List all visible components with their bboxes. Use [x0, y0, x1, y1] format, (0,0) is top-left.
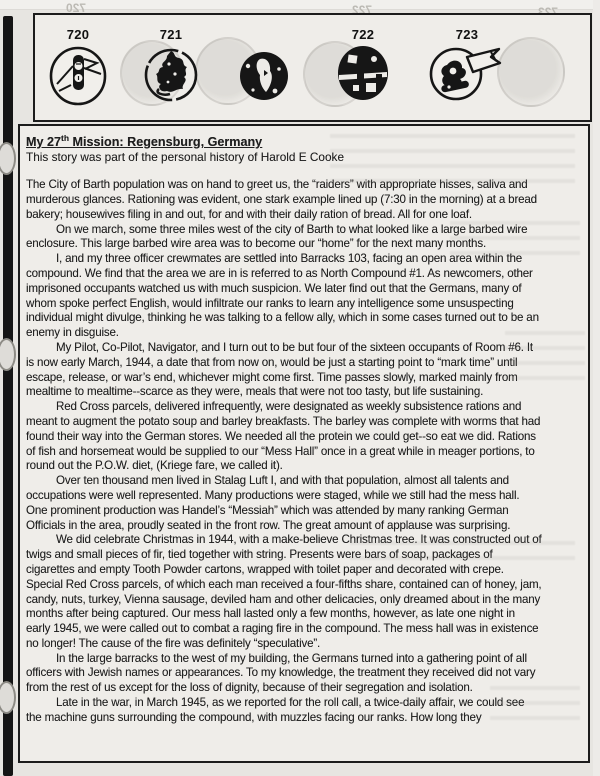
binder-ring-icon: [0, 142, 16, 175]
story-paragraph: Red Cross parcels, delivered infrequentl…: [26, 400, 542, 474]
story-paragraph: The City of Barth population was on hand…: [26, 178, 542, 222]
scanned-document-page: 720 721 722 723 720 721: [0, 0, 600, 776]
squadron-stamp-720: 720: [41, 15, 115, 106]
story-paragraph: I, and my three officer crewmates are se…: [26, 252, 542, 341]
cavalry-scene-insignia-icon: [336, 44, 390, 102]
stamp-number: [227, 33, 301, 49]
title-rest: Mission: Regensburg, Germany: [69, 135, 262, 149]
bomb-insignia-icon: [47, 44, 109, 106]
story-paragraph: We did celebrate Christmas in 1944, with…: [26, 533, 542, 651]
squadron-stamp-unnumbered: [227, 21, 301, 102]
stamp-number: 722: [326, 27, 400, 43]
story-paragraph: On we march, some three miles west of th…: [26, 223, 542, 253]
story-paragraph: Late in the war, in March 1945, as we re…: [26, 696, 542, 726]
story-text-panel: My 27th Mission: Regensburg, Germany Thi…: [18, 124, 590, 763]
squadron-stamp-722: 722: [326, 15, 400, 102]
binder-ring-icon: [0, 338, 16, 371]
stamp-number: 723: [425, 27, 509, 43]
knight-helmet-insignia-icon: [238, 50, 290, 102]
insignia-strip: 720 721: [33, 13, 592, 122]
story-paragraph: In the large barracks to the west of my …: [26, 652, 542, 696]
binder-spine-bar: [3, 16, 13, 776]
squadron-stamp-723: 723: [425, 15, 509, 102]
scan-edge-right: [593, 0, 600, 776]
story-subtitle: This story was part of the personal hist…: [26, 150, 542, 165]
binder-ring-icon: [0, 681, 16, 714]
title-prefix: My 27: [26, 135, 61, 149]
mission-title: My 27th Mission: Regensburg, Germany: [26, 131, 542, 150]
squadron-stamp-721: 721: [134, 15, 208, 104]
scan-edge-top: [0, 0, 600, 10]
eagle-banner-insignia-icon: [429, 44, 505, 102]
stamp-number: 720: [41, 27, 115, 43]
story-paragraph: My Pilot, Co-Pilot, Navigator, and I tur…: [26, 341, 542, 400]
dragon-insignia-icon: [142, 44, 200, 104]
story-paragraph: Over ten thousand men lived in Stalag Lu…: [26, 474, 542, 533]
stamp-number: 721: [134, 27, 208, 43]
title-ordinal-superscript: th: [61, 133, 69, 143]
